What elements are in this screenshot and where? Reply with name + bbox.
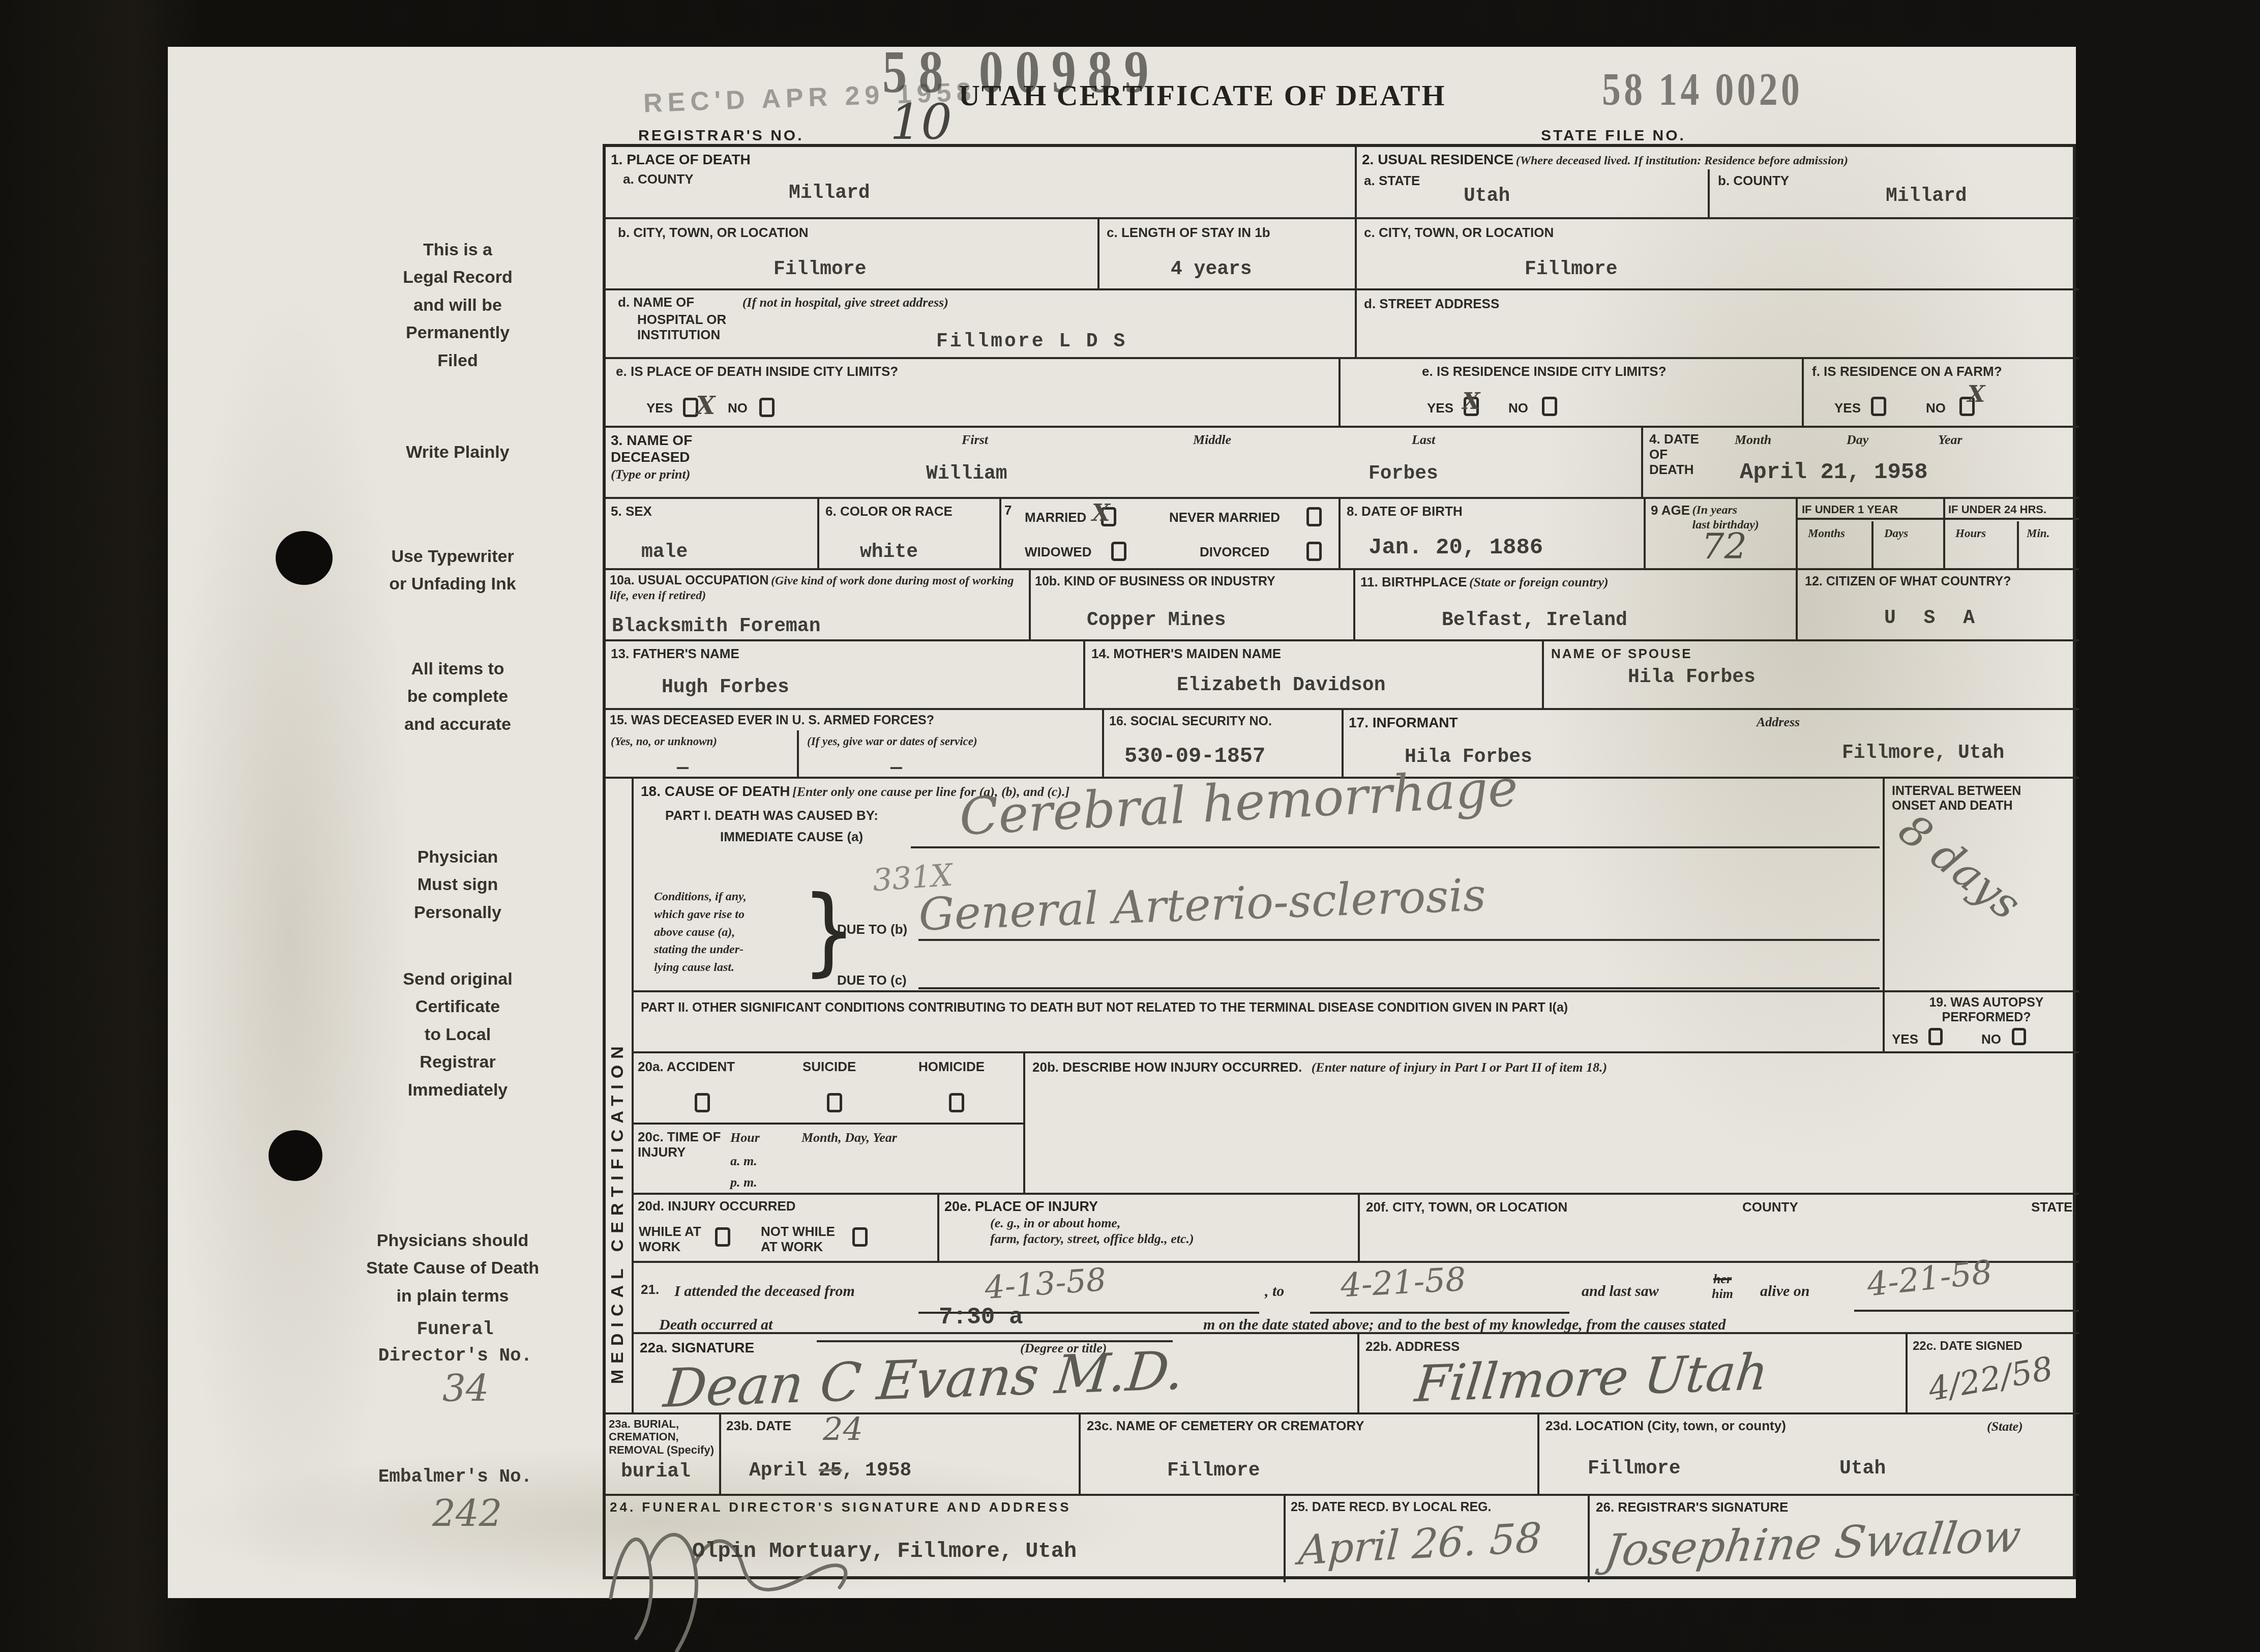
injury-time-label: 20c. TIME OF INJURY <box>634 1125 721 1160</box>
deceased-title-note: (Type or print) <box>606 465 1641 482</box>
field-describe-injury: 20b. DESCRIBE HOW INJURY OCCURRED. (Ente… <box>1025 1053 2079 1195</box>
attended-alive-label: alive on <box>1760 1282 1810 1301</box>
injury-state-label: STATE <box>2031 1200 2072 1215</box>
not-while-at-work-label: NOT WHILE AT WORK <box>761 1224 835 1255</box>
burial-value: burial <box>621 1462 691 1482</box>
stay-value: 4 years <box>1171 260 1252 279</box>
hospital-note: (If not in hospital, give street address… <box>742 295 948 310</box>
part2-label: PART II. OTHER SIGNIFICANT CONDITIONS CO… <box>634 992 1883 1015</box>
race-value: white <box>860 543 918 562</box>
field-under-1-year: IF UNDER 1 YEAR Months Days <box>1798 499 1945 570</box>
field-funeral-director: 24. FUNERAL DIRECTOR'S SIGNATURE AND ADD… <box>606 1496 1286 1582</box>
death-date-title: 4. DATE OF DEATH <box>1643 428 1699 478</box>
field-death-city-limits: e. IS PLACE OF DEATH INSIDE CITY LIMITS?… <box>606 359 1341 428</box>
field-street-address: d. STREET ADDRESS <box>1357 290 2079 359</box>
death-limits-yes-mark: X <box>696 392 715 420</box>
margin-note-legal-record: This is a Legal Record and will be Perma… <box>346 236 570 374</box>
attended-saw-label: and last saw <box>1582 1282 1659 1301</box>
immediate-cause-line <box>911 846 1880 848</box>
immediate-cause-label: IMMEDIATE CAUSE (a) <box>720 830 863 845</box>
field-autopsy: 19. WAS AUTOPSY PERFORMED? YES NO <box>1885 992 2079 1053</box>
citizen-label: 12. CITIZEN OF WHAT COUNTRY? <box>1798 570 2079 589</box>
sig-address-value: Fillmore Utah <box>1412 1343 1771 1414</box>
age-label: 9 AGE <box>1651 503 1690 518</box>
under-1yr-months-label: Months <box>1808 526 1845 541</box>
divorced-checkbox <box>1306 542 1322 561</box>
suicide-label: SUICIDE <box>802 1059 856 1075</box>
armed-value-2: — <box>890 759 902 778</box>
armed-forces-divider <box>797 730 799 779</box>
residence-county-value: Millard <box>1886 187 1967 206</box>
embalmers-no-label: Embalmer's No. <box>336 1464 575 1490</box>
married-mark: X <box>1092 499 1110 526</box>
field-injury-location: 20f. CITY, TOWN, OR LOCATION COUNTY STAT… <box>1360 1195 2079 1263</box>
field-hospital: d. NAME OF (If not in hospital, give str… <box>606 290 1357 359</box>
death-limits-yes-label: YES <box>646 401 673 416</box>
interval-value: 8 days <box>1890 804 2031 929</box>
attended-from-value: 4-13-58 <box>984 1261 1108 1307</box>
death-rest-text: m on the date stated above; and to the b… <box>1203 1316 1726 1334</box>
residence-state-value: Utah <box>1464 187 1510 206</box>
attended-to-value: 4-21-58 <box>1340 1261 1467 1305</box>
stay-label: c. LENGTH OF STAY IN 1b <box>1099 219 1355 241</box>
name-first-label: First <box>962 432 988 448</box>
accident-checkbox <box>695 1093 710 1112</box>
field-residence-city-limits: e. IS RESIDENCE INSIDE CITY LIMITS? YES … <box>1341 359 1804 428</box>
field-marital-status: 7 MARRIED X NEVER MARRIED WIDOWED DIVORC… <box>1001 499 1341 570</box>
date-recd-label: 25. DATE RECD. BY LOCAL REG. <box>1286 1496 1588 1515</box>
field-father: 13. FATHER'S NAME Hugh Forbes <box>606 641 1085 710</box>
farm-yes-checkbox <box>1871 397 1886 416</box>
homicide-checkbox <box>949 1093 964 1112</box>
birth-date-value: Jan. 20, 1886 <box>1369 537 1543 559</box>
field-registrar-signature: 26. REGISTRAR'S SIGNATURE Josephine Swal… <box>1590 1496 2079 1582</box>
place-city-label: b. CITY, TOWN, OR LOCATION <box>606 219 1097 241</box>
industry-value: Copper Mines <box>1087 611 1226 630</box>
date-signed-label: 22c. DATE SIGNED <box>1913 1339 2023 1353</box>
state-file-no-label: STATE FILE NO. <box>1541 127 1686 144</box>
margin-note-send-original: Send original Certificate to Local Regis… <box>346 965 570 1104</box>
armed-value-1: — <box>677 759 689 778</box>
field-attended: 21. I attended the deceased from 4-13-58… <box>634 1263 2079 1334</box>
deceased-title: 3. NAME OF DECEASED <box>606 428 692 465</box>
death-time-value: 7:30 a <box>939 1306 1023 1329</box>
birth-date-label: 8. DATE OF BIRTH <box>1341 499 1644 519</box>
injury-loc-label: 20f. CITY, TOWN, OR LOCATION <box>1366 1200 1567 1215</box>
cemetery-label: 23c. NAME OF CEMETERY OR CREMATORY <box>1081 1414 1537 1434</box>
margin-note-physician-sign: Physician Must sign Personally <box>346 843 570 926</box>
residence-limits-no-checkbox <box>1542 397 1557 416</box>
burial-date-prefix: April <box>749 1460 819 1482</box>
field-ssn: 16. SOCIAL SECURITY NO. 530-09-1857 <box>1104 710 1344 779</box>
death-city-limits-question: e. IS PLACE OF DEATH INSIDE CITY LIMITS? <box>606 359 1339 379</box>
armed-note-1: (Yes, no, or unknown) <box>611 734 717 749</box>
place-county-value: Millard <box>789 184 870 203</box>
place-county-label: a. COUNTY <box>606 168 1355 187</box>
field-residence-city: c. CITY, TOWN, OR LOCATION Fillmore <box>1357 219 2079 290</box>
mother-value: Elizabeth Davidson <box>1177 676 1385 695</box>
field-under-24-hrs: IF UNDER 24 HRS. Hours Min. <box>1945 499 2079 570</box>
occupation-value: Blacksmith Foreman <box>612 617 820 636</box>
residence-city-limits-question: e. IS RESIDENCE INSIDE CITY LIMITS? <box>1341 359 1802 379</box>
field-industry: 10b. KIND OF BUSINESS OR INDUSTRY Copper… <box>1031 570 1355 641</box>
widowed-checkbox <box>1111 542 1126 561</box>
race-label: 6. COLOR OR RACE <box>819 499 999 519</box>
certificate-form: 1. PLACE OF DEATH a. COUNTY Millard 2. U… <box>603 144 2076 1579</box>
margin-note-write-plainly: Write Plainly <box>346 438 570 466</box>
hospital-value: Fillmore L D S <box>936 332 1127 351</box>
name-last-value: Forbes <box>1369 464 1438 484</box>
residence-title: 2. USUAL RESIDENCE <box>1362 152 1513 167</box>
residence-limits-yes-label: YES <box>1427 401 1453 416</box>
funeral-directors-no-value: 34 <box>442 1367 489 1410</box>
field-physician-signature: 22a. SIGNATURE (Degree or title) Dean C … <box>634 1334 1359 1414</box>
field-armed-forces: 15. WAS DECEASED EVER IN U. S. ARMED FOR… <box>606 710 1104 779</box>
embalmers-no-value: 242 <box>432 1492 502 1535</box>
armed-note-2: (If yes, give war or dates of service) <box>807 734 977 749</box>
field-place-city: b. CITY, TOWN, OR LOCATION Fillmore <box>606 219 1099 290</box>
field-cemetery: 23c. NAME OF CEMETERY OR CREMATORY Fillm… <box>1081 1414 1539 1496</box>
death-limits-no-label: NO <box>728 401 748 416</box>
field-date-received: 25. DATE RECD. BY LOCAL REG. April 26. 5… <box>1286 1496 1590 1582</box>
under-1yr-days-label: Days <box>1884 526 1908 541</box>
death-month-label: Month <box>1735 432 1771 448</box>
residence-county-label: b. COUNTY <box>1718 173 1789 189</box>
divorced-label: DIVORCED <box>1200 545 1269 560</box>
autopsy-no-checkbox <box>2012 1028 2026 1045</box>
injury-pm-label: p. m. <box>730 1174 757 1190</box>
injury-place-label: 20e. PLACE OF INJURY <box>944 1199 1098 1214</box>
under-24h-divider <box>2017 521 2019 570</box>
margin-note-typewriter: Use Typewriter or Unfading Ink <box>325 543 580 598</box>
autopsy-yes-label: YES <box>1892 1032 1918 1047</box>
medical-certification-strip: MEDICAL CERTIFICATION <box>606 779 634 1414</box>
cemetery-city-value: Fillmore <box>1588 1459 1680 1479</box>
cemetery-state-note: (State) <box>1987 1419 2023 1434</box>
cemetery-value: Fillmore <box>1167 1461 1260 1481</box>
mother-label: 14. MOTHER'S MAIDEN NAME <box>1085 641 1542 662</box>
date-recd-value: April 26. 58 <box>1297 1514 1543 1574</box>
autopsy-yes-checkbox <box>1928 1028 1943 1045</box>
never-married-label: NEVER MARRIED <box>1169 510 1280 525</box>
attended-alive-line <box>1854 1310 2079 1312</box>
sig-address-label: 22b. ADDRESS <box>1365 1339 1460 1354</box>
field-length-of-stay: c. LENGTH OF STAY IN 1b 4 years <box>1099 219 1357 290</box>
due-to-c-line <box>918 987 1880 989</box>
due-to-c-label: DUE TO (c) <box>837 973 907 988</box>
field-birthplace: 11. BIRTHPLACE (State or foreign country… <box>1355 570 1798 641</box>
field-interval: INTERVAL BETWEEN ONSET AND DEATH 8 days <box>1885 779 2079 992</box>
field-usual-residence: 2. USUAL RESIDENCE (Where deceased lived… <box>1357 147 2079 219</box>
interval-label: INTERVAL BETWEEN ONSET AND DEATH <box>1885 779 2079 813</box>
residence-divider <box>1708 169 1710 219</box>
sex-value: male <box>641 543 688 562</box>
under-24h-min-label: Min. <box>2027 526 2049 541</box>
punch-hole-bottom <box>269 1130 322 1181</box>
accident-label: 20a. ACCIDENT <box>638 1059 735 1075</box>
widowed-label: WIDOWED <box>1025 545 1091 560</box>
under-1yr-label: IF UNDER 1 YEAR <box>1798 499 1943 520</box>
field-cemetery-location: 23d. LOCATION (City, town, or county) (S… <box>1539 1414 2079 1496</box>
cemetery-state-value: Utah <box>1839 1459 1886 1479</box>
funeral-director-value: Olpin Mortuary, Fillmore, Utah <box>692 1541 1077 1562</box>
injury-occurred-label: 20d. INJURY OCCURRED <box>634 1195 937 1214</box>
margin-note-complete: All items to be complete and accurate <box>346 655 570 738</box>
registrar-value: Josephine Swallow <box>1601 1511 2024 1576</box>
file-number-stamp-right: 58 14 0020 <box>1602 62 1803 116</box>
attended-num: 21. <box>641 1282 659 1297</box>
residence-state-label: a. STATE <box>1364 173 1420 189</box>
field-date-signed: 22c. DATE SIGNED 4/22/58 <box>1908 1334 2079 1414</box>
farm-no-mark: X <box>1968 381 1985 407</box>
field-name-of-deceased: 3. NAME OF DECEASED (Type or print) Firs… <box>606 428 1643 499</box>
name-middle-label: Middle <box>1193 432 1231 448</box>
field-place-of-injury: 20e. PLACE OF INJURY (e. g., in or about… <box>939 1195 1360 1263</box>
informant-address-value: Fillmore, Utah <box>1842 744 2004 763</box>
residence-city-value: Fillmore <box>1525 260 1617 279</box>
autopsy-label: 19. WAS AUTOPSY PERFORMED? <box>1885 992 2079 1025</box>
due-to-b-line <box>918 939 1880 941</box>
never-married-checkbox <box>1306 507 1322 526</box>
signature-label: 22a. SIGNATURE <box>640 1339 754 1356</box>
name-last-label: Last <box>1412 432 1435 448</box>
injury-desc-label: 20b. DESCRIBE HOW INJURY OCCURRED. <box>1032 1059 1302 1075</box>
industry-label: 10b. KIND OF BUSINESS OR INDUSTRY <box>1031 570 1353 589</box>
residence-limits-yes-mark: X <box>1463 389 1480 415</box>
residence-city-label: c. CITY, TOWN, OR LOCATION <box>1357 219 2079 241</box>
injury-mdy-label: Month, Day, Year <box>801 1130 897 1145</box>
farm-yes-label: YES <box>1834 401 1861 416</box>
her-struck: her <box>1712 1272 1733 1287</box>
death-year-label: Year <box>1938 432 1962 448</box>
cause-part1-label: PART I. DEATH WAS CAUSED BY: <box>665 808 878 823</box>
scanned-death-certificate: This is a Legal Record and will be Perma… <box>0 0 2260 1652</box>
birthplace-value: Belfast, Ireland <box>1442 611 1627 630</box>
burial-label: 23a. BURIAL, CREMATION, REMOVAL (Specify… <box>606 1414 719 1456</box>
field-citizen: 12. CITIZEN OF WHAT COUNTRY? U S A <box>1798 570 2079 641</box>
death-limits-no-checkbox <box>759 398 775 417</box>
burial-date-struck-day: 25 <box>819 1460 842 1482</box>
residence-farm-question: f. IS RESIDENCE ON A FARM? <box>1804 359 2079 379</box>
while-at-work-label: WHILE AT WORK <box>639 1224 701 1255</box>
death-day-label: Day <box>1847 432 1868 448</box>
field-accident-suicide-homicide: 20a. ACCIDENT SUICIDE HOMICIDE <box>634 1053 1025 1125</box>
death-date-value: April 21, 1958 <box>1740 461 1928 484</box>
field-mother: 14. MOTHER'S MAIDEN NAME Elizabeth David… <box>1085 641 1544 710</box>
hospital-label-1: d. NAME OF <box>618 294 694 310</box>
street-address-label: d. STREET ADDRESS <box>1357 290 2079 312</box>
registrars-no-value: 10 <box>890 94 952 151</box>
cause-conditions-note: Conditions, if any, which gave rise to a… <box>654 888 747 977</box>
farm-no-label: NO <box>1926 401 1946 416</box>
birthplace-label: 11. BIRTHPLACE <box>1360 574 1467 589</box>
while-at-work-checkbox <box>715 1227 730 1247</box>
funeral-directors-no-label: Funeral Director's No. <box>336 1316 575 1369</box>
field-burial-date: 23b. DATE April 25, 1958 24 <box>721 1414 1081 1496</box>
injury-place-note: (e. g., in or about home, farm, factory,… <box>944 1215 1358 1247</box>
father-value: Hugh Forbes <box>662 678 789 697</box>
him-label: him <box>1712 1287 1733 1302</box>
field-age: 9 AGE (In years last birthday) 72 <box>1646 499 1798 570</box>
burial-date-suffix: , 1958 <box>842 1460 911 1482</box>
attended-to-line <box>1310 1312 1569 1314</box>
cemetery-loc-label: 23d. LOCATION (City, town, or county) <box>1545 1419 1786 1434</box>
injury-desc-note: (Enter nature of injury in Part I or Par… <box>1312 1060 1607 1075</box>
field-residence-farm: f. IS RESIDENCE ON A FARM? YES NO X <box>1804 359 2079 428</box>
margin-note-plain-terms: Physicians should State Cause of Death i… <box>320 1227 585 1310</box>
cause-label: 18. CAUSE OF DEATH <box>641 783 790 799</box>
attended-pre: I attended the deceased from <box>674 1282 855 1301</box>
field-burial: 23a. BURIAL, CREMATION, REMOVAL (Specify… <box>606 1414 721 1496</box>
residence-limits-no-label: NO <box>1508 401 1528 416</box>
field-place-of-death: 1. PLACE OF DEATH a. COUNTY Millard <box>606 147 1357 219</box>
field-time-of-injury: 20c. TIME OF INJURY Hour Month, Day, Yea… <box>634 1125 1025 1195</box>
place-title: 1. PLACE OF DEATH <box>606 147 1355 168</box>
informant-label: 17. INFORMANT <box>1344 710 1458 731</box>
under-24h-label: IF UNDER 24 HRS. <box>1945 499 2079 520</box>
field-occupation: 10a. USUAL OCCUPATION (Give kind of work… <box>606 570 1031 641</box>
spouse-value: Hila Forbes <box>1628 668 1756 687</box>
residence-title-note: (Where deceased lived. If institution: R… <box>1516 154 1848 167</box>
not-while-at-work-checkbox <box>852 1227 868 1247</box>
armed-forces-label: 15. WAS DECEASED EVER IN U. S. ARMED FOR… <box>606 710 1102 728</box>
field-injury-occurred: 20d. INJURY OCCURRED WHILE AT WORK NOT W… <box>634 1195 939 1263</box>
married-label: MARRIED <box>1025 510 1086 525</box>
punch-hole-top <box>276 531 333 585</box>
name-first-value: William <box>926 464 1007 484</box>
occupation-label: 10a. USUAL OCCUPATION <box>610 573 769 587</box>
sex-label: 5. SEX <box>606 499 817 519</box>
due-to-b-label: DUE TO (b) <box>837 922 907 937</box>
field-cause-of-death: 18. CAUSE OF DEATH [Enter only one cause… <box>634 779 1885 992</box>
spouse-label: NAME OF SPOUSE <box>1544 641 2079 662</box>
field-signature-address: 22b. ADDRESS Fillmore Utah <box>1359 1334 1908 1414</box>
due-to-b-value: General Arterio-sclerosis <box>918 869 1487 941</box>
field-sex: 5. SEX male <box>606 499 819 570</box>
citizen-value: U S A <box>1884 609 1983 628</box>
age-value: 72 <box>1702 525 1747 567</box>
ssn-label: 16. SOCIAL SECURITY NO. <box>1104 710 1342 729</box>
birthplace-note: (State or foreign country) <box>1469 575 1609 589</box>
field-race: 6. COLOR OR RACE white <box>819 499 1001 570</box>
medical-certification-label: MEDICAL CERTIFICATION <box>608 809 628 1384</box>
autopsy-no-label: NO <box>1981 1032 2001 1047</box>
place-city-value: Fillmore <box>774 260 866 279</box>
injury-county-label: COUNTY <box>1742 1200 1798 1215</box>
field-spouse: NAME OF SPOUSE Hila Forbes <box>1544 641 2079 710</box>
certificate-title: UTAH CERTIFICATE OF DEATH <box>959 78 1446 112</box>
death-occurred-label: Death occurred at <box>659 1316 772 1334</box>
certificate-paper: This is a Legal Record and will be Perma… <box>168 47 2076 1598</box>
attended-to-label: , to <box>1265 1282 1284 1301</box>
father-label: 13. FATHER'S NAME <box>606 641 1083 662</box>
under-24h-hours-label: Hours <box>1955 526 1986 541</box>
injury-hour-label: Hour <box>730 1130 760 1145</box>
homicide-label: HOMICIDE <box>918 1059 985 1075</box>
date-signed-value: 4/22/58 <box>1925 1350 2056 1409</box>
field-date-of-death: 4. DATE OF DEATH Month Day Year April 21… <box>1643 428 2079 499</box>
under-1yr-divider <box>1871 521 1874 570</box>
suicide-checkbox <box>827 1093 842 1112</box>
informant-address-label: Address <box>1757 714 1800 730</box>
marital-num: 7 <box>1004 503 1012 518</box>
her-him-stack: herhim <box>1712 1272 1733 1301</box>
ssn-value: 530-09-1857 <box>1124 746 1265 767</box>
registrars-no-label: REGISTRAR'S NO. <box>638 127 804 144</box>
injury-am-label: a. m. <box>730 1153 757 1169</box>
field-date-of-birth: 8. DATE OF BIRTH Jan. 20, 1886 <box>1341 499 1646 570</box>
burial-date-label: 23b. DATE <box>721 1414 1079 1434</box>
burial-date-correction: 24 <box>823 1410 863 1448</box>
field-part2: PART II. OTHER SIGNIFICANT CONDITIONS CO… <box>634 992 1885 1053</box>
